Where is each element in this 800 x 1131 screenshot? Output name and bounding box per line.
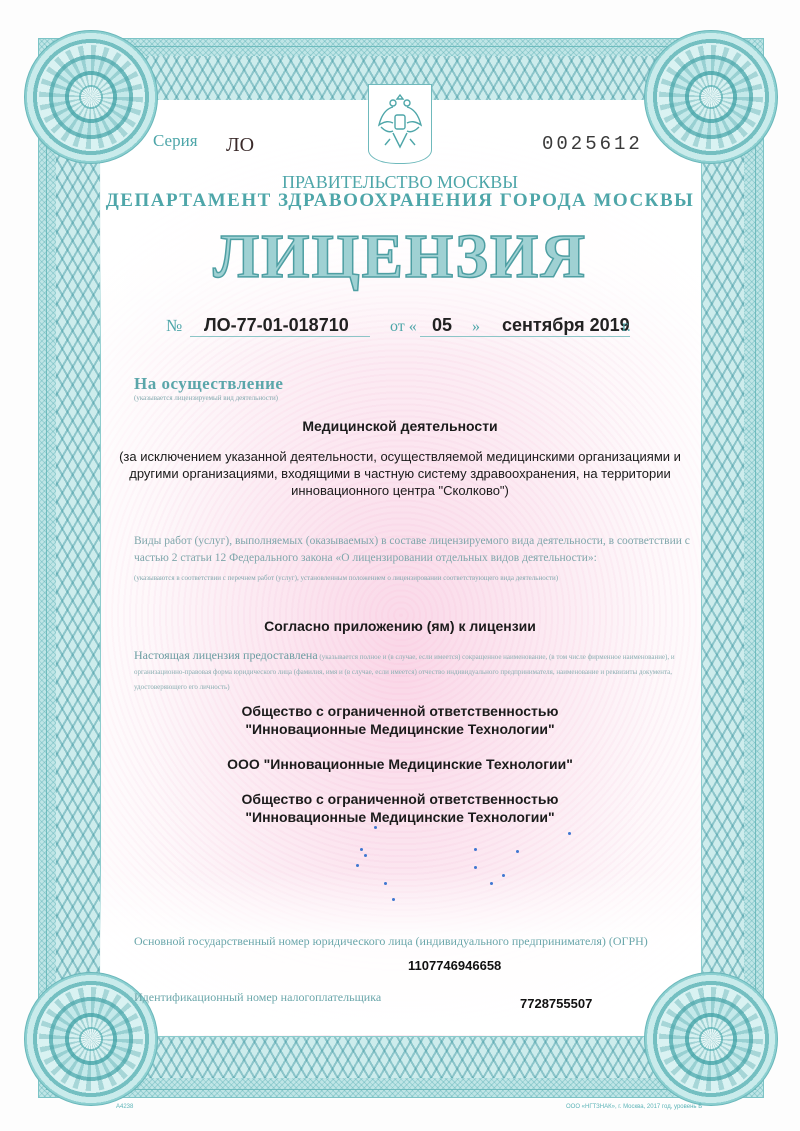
inn-value: 7728755507 [520, 996, 592, 1011]
activity-hint: (указывается лицензируемый вид деятельно… [134, 394, 278, 402]
works-hint: (указываются в соответствии с перечнем р… [134, 574, 558, 582]
licensee-label-block: Настоящая лицензия предоставлена (указыв… [134, 648, 694, 695]
licensee-short-name: ООО "Инновационные Медицинские Технологи… [100, 756, 700, 772]
department-name: ДЕПАРТАМЕНТ ЗДРАВООХРАНЕНИЯ ГОРОДА МОСКВ… [0, 190, 800, 212]
activity-note: (за исключением указанной деятельности, … [100, 448, 700, 499]
activity-value: Медицинской деятельности [100, 418, 700, 434]
license-day: 05 [432, 315, 452, 336]
date-from-label: от « [390, 318, 417, 336]
rosette-ornament-icon [644, 972, 778, 1106]
document-title: ЛИЦЕНЗИЯ [0, 222, 800, 293]
number-underline [190, 336, 370, 337]
serial-number: 0025612 [542, 133, 643, 155]
works-label: Виды работ (услуг), выполняемых (оказыва… [134, 533, 694, 567]
inn-label: Идентификационный номер налогоплательщик… [134, 990, 381, 1005]
license-document: Серия ЛО 0025612 ПРАВИТЕЛЬСТВО МОСКВЫ ДЕ… [0, 0, 800, 1131]
seal-stamp-marks [320, 820, 580, 920]
date-quote-close: » [472, 318, 480, 336]
printer-imprint: ООО «НГТЗНАК», г. Москва, 2017 год, уров… [566, 1104, 702, 1110]
activity-label: На осуществление [134, 374, 283, 394]
licensee-label: Настоящая лицензия предоставлена [134, 648, 318, 662]
rosette-ornament-icon [24, 30, 158, 164]
ogrn-label: Основной государственный номер юридическ… [134, 934, 648, 949]
number-sign: № [166, 316, 182, 336]
licensee-full-name: Общество с ограниченной ответственностью… [100, 702, 700, 738]
works-value: Согласно приложению (ям) к лицензии [100, 618, 700, 634]
full-name-line-2: "Инновационные Медицинские Технологии" [100, 720, 700, 738]
rosette-ornament-icon [644, 30, 778, 164]
year-suffix: г. [622, 318, 631, 336]
full-name-line-1: Общество с ограниченной ответственностью [100, 702, 700, 720]
ogrn-value: 1107746946658 [408, 958, 501, 973]
series-label: Серия [153, 131, 198, 151]
date-underline [420, 336, 630, 337]
firm-name-line-1: Общество с ограниченной ответственностью [100, 790, 700, 808]
license-number: ЛО-77-01-018710 [204, 315, 349, 336]
form-code: А4238 [116, 1104, 133, 1110]
coat-of-arms-icon [368, 84, 432, 164]
series-value: ЛО [226, 134, 254, 157]
license-month-year: сентября 2019 [502, 315, 630, 336]
